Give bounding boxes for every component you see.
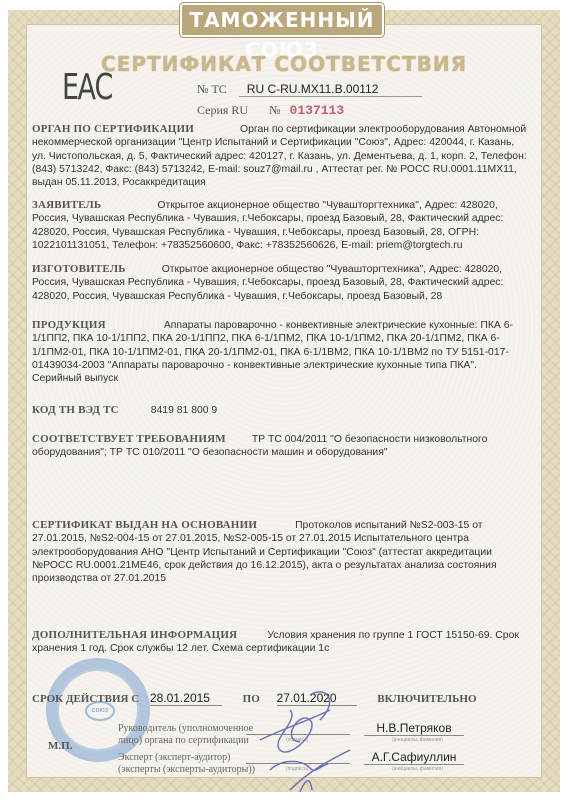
expert-label: Эксперт (эксперт-аудитор) (эксперты (экс… xyxy=(118,752,255,776)
section-heading: ДОПОЛНИТЕЛЬНАЯ ИНФОРМАЦИЯ xyxy=(32,629,237,641)
validity-inclusive-label: ВКЛЮЧИТЕЛЬНО xyxy=(377,693,476,705)
section-cert-body: ОРГАН ПО СЕРТИФИКАЦИИОрган по сертификац… xyxy=(32,123,528,189)
section-applicant: ЗАЯВИТЕЛЬОткрытое акционерное общество "… xyxy=(32,199,528,252)
section-heading: ИЗГОТОВИТЕЛЬ xyxy=(32,263,126,275)
serial-label: № xyxy=(269,103,280,117)
name-caption: (инициалы, фамилия) xyxy=(392,766,443,772)
section-requirements: СООТВЕТСТВУЕТ ТРЕБОВАНИЯМТР ТС 004/2011 … xyxy=(32,433,528,460)
customs-union-banner: ТАМОЖЕННЫЙ СОЮЗ xyxy=(180,3,384,37)
number-label: № ТС xyxy=(197,82,227,96)
head-signatory-label: Руководитель (уполномоченное лицо) орган… xyxy=(118,723,253,747)
validity-from-label: СРОК ДЕЙСТВИЯ С xyxy=(32,693,139,705)
series-value: RU xyxy=(231,103,248,117)
stamp-place-label: М.П. xyxy=(48,740,72,752)
head-label-line-1: Руководитель (уполномоченное xyxy=(118,723,253,735)
certificate-number-row: № ТСRU C-RU.MX11.B.00112 xyxy=(197,82,422,97)
serial-number: 0137113 xyxy=(290,103,345,118)
section-heading: ОРГАН ПО СЕРТИФИКАЦИИ xyxy=(32,123,194,135)
section-tn-code: КОД ТН ВЭД ТС8419 81 800 9 xyxy=(32,404,528,417)
section-manufacturer: ИЗГОТОВИТЕЛЬОткрытое акционерное обществ… xyxy=(32,263,528,303)
expert-name: А.Г.Сафиуллин xyxy=(364,750,464,765)
section-heading: СЕРТИФИКАТ ВЫДАН НА ОСНОВАНИИ xyxy=(32,519,257,531)
section-heading: КОД ТН ВЭД ТС xyxy=(32,404,119,416)
name-caption: (инициалы, фамилия) xyxy=(392,737,443,743)
head-label-line-2: лицо) органа по сертификации xyxy=(118,735,253,747)
certificate-number: RU C-RU.MX11.B.00112 xyxy=(239,82,422,97)
section-heading: СООТВЕТСТВУЕТ ТРЕБОВАНИЯМ xyxy=(32,433,226,445)
section-product: ПРОДУКЦИЯАппараты пароварочно - конвекти… xyxy=(32,319,528,385)
eac-mark-icon: ЕАС xyxy=(62,67,112,108)
series-label: Серия xyxy=(197,103,228,117)
series-row: Серия RU № 0137113 xyxy=(197,103,344,118)
expert-label-line-1: Эксперт (эксперт-аудитор) xyxy=(118,752,255,764)
section-additional: ДОПОЛНИТЕЛЬНАЯ ИНФОРМАЦИЯУсловия хранени… xyxy=(32,629,528,656)
head-signatory-name: Н.В.Петряков xyxy=(364,721,464,736)
tn-code-value: 8419 81 800 9 xyxy=(151,405,217,416)
expert-label-line-2: (эксперты (эксперты-аудиторы)) xyxy=(118,764,255,776)
section-text: Открытое акционерное общество "Чувашторг… xyxy=(32,200,503,251)
section-basis: СЕРТИФИКАТ ВЫДАН НА ОСНОВАНИИПротоколов … xyxy=(32,519,528,585)
section-heading: ПРОДУКЦИЯ xyxy=(32,319,106,331)
signature-scribble-icon xyxy=(250,680,360,800)
section-heading: ЗАЯВИТЕЛЬ xyxy=(32,199,101,211)
validity-from-date: 28.01.2015 xyxy=(150,691,222,706)
